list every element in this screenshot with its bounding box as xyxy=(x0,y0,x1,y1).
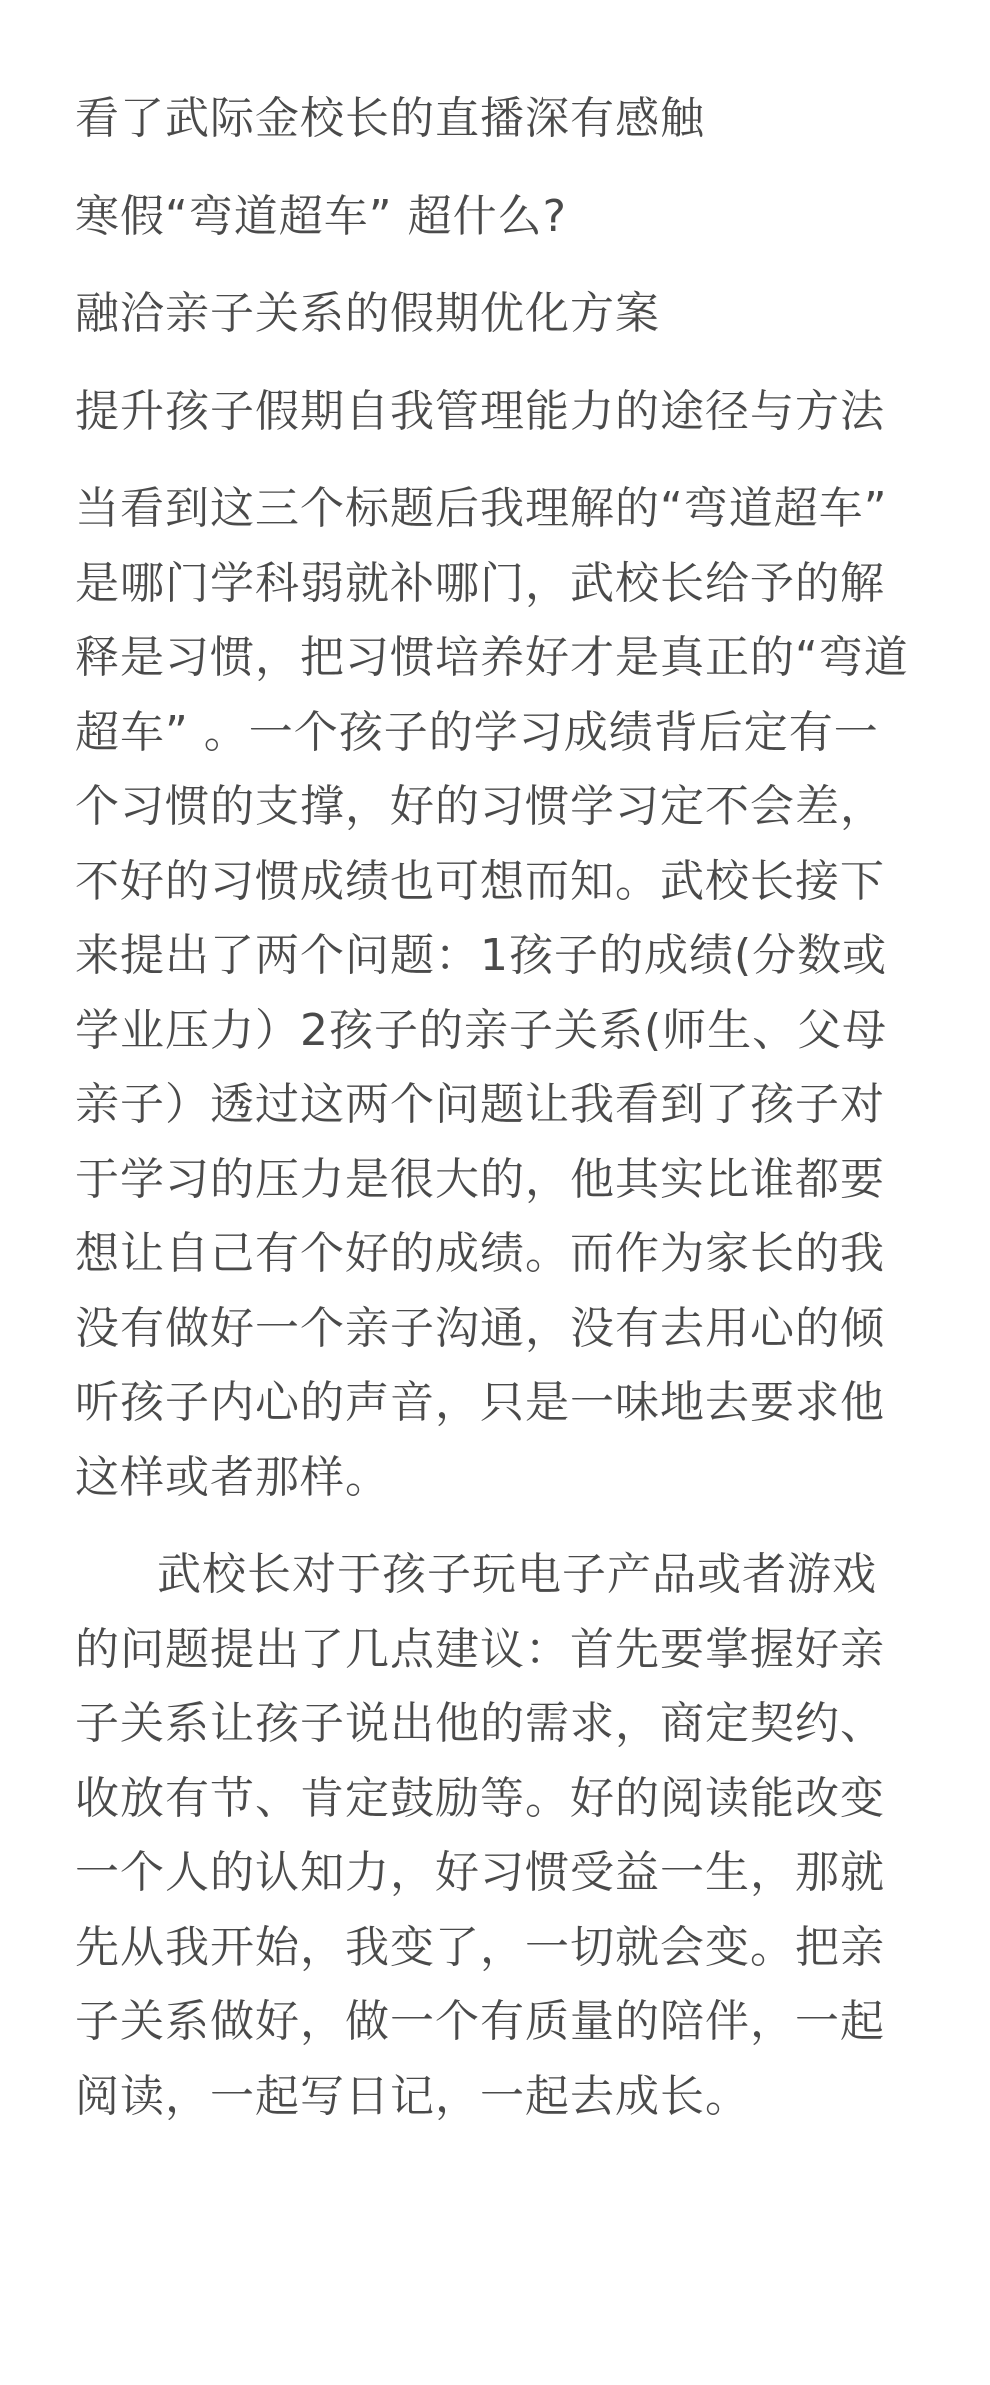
paragraph-line: 个习惯的支撑，好的习惯学习定不会差， xyxy=(75,770,895,845)
paragraph-line: 超车” 。一个孩子的学习成绩背后定有一 xyxy=(75,696,895,771)
paragraph-line: 是哪门学科弱就补哪门，武校长给予的解 xyxy=(75,547,895,622)
title-4: 提升孩子假期自我管理能力的途径与方法 xyxy=(75,375,895,450)
title-line: 看了武际金校长的直播深有感触 xyxy=(75,82,895,157)
paragraph-line: 不好的习惯成绩也可想而知。武校长接下 xyxy=(75,845,895,920)
paragraph-line: 来提出了两个问题：1孩子的成绩(分数或 xyxy=(75,919,895,994)
paragraph-line: 亲子）透过这两个问题让我看到了孩子对 xyxy=(75,1068,895,1143)
paragraph-line: 子关系做好，做一个有质量的陪伴，一起 xyxy=(75,1985,895,2060)
paragraph-line: 收放有节、肯定鼓励等。好的阅读能改变 xyxy=(75,1762,895,1837)
paragraph-line: 释是习惯，把习惯培养好才是真正的“弯道 xyxy=(75,621,895,696)
title-line: 融洽亲子关系的假期优化方案 xyxy=(75,277,895,352)
paragraph-line: 武校长对于孩子玩电子产品或者游戏 xyxy=(75,1538,895,1613)
paragraph-line: 听孩子内心的声音，只是一味地去要求他 xyxy=(75,1366,895,1441)
paragraph-line: 于学习的压力是很大的，他其实比谁都要 xyxy=(75,1143,895,1218)
paragraph-line: 这样或者那样。 xyxy=(75,1441,895,1516)
paragraph-line: 没有做好一个亲子沟通，没有去用心的倾 xyxy=(75,1292,895,1367)
paragraph-line: 先从我开始，我变了，一切就会变。把亲 xyxy=(75,1911,895,1986)
paragraph-line: 想让自己有个好的成绩。而作为家长的我 xyxy=(75,1217,895,1292)
paragraph-line: 一个人的认知力，好习惯受益一生，那就 xyxy=(75,1836,895,1911)
paragraph-line: 的问题提出了几点建议：首先要掌握好亲 xyxy=(75,1613,895,1688)
paragraph-line: 阅读，一起写日记，一起去成长。 xyxy=(75,2060,895,2135)
title-line: 寒假“弯道超车” 超什么? xyxy=(75,180,895,255)
paragraph-line: 学业压力）2孩子的亲子关系(师生、父母 xyxy=(75,994,895,1069)
paragraph-2: 武校长对于孩子玩电子产品或者游戏 的问题提出了几点建议：首先要掌握好亲 子关系让… xyxy=(75,1538,895,2134)
paragraph-1: 当看到这三个标题后我理解的“弯道超车” 是哪门学科弱就补哪门，武校长给予的解 释… xyxy=(75,472,895,1515)
title-2: 寒假“弯道超车” 超什么? xyxy=(75,180,895,255)
title-3: 融洽亲子关系的假期优化方案 xyxy=(75,277,895,352)
title-line: 提升孩子假期自我管理能力的途径与方法 xyxy=(75,375,895,450)
title-1: 看了武际金校长的直播深有感触 xyxy=(75,82,895,157)
paragraph-line: 当看到这三个标题后我理解的“弯道超车” xyxy=(75,472,895,547)
article: 看了武际金校长的直播深有感触 寒假“弯道超车” 超什么? 融洽亲子关系的假期优化… xyxy=(75,82,895,2157)
paragraph-line: 子关系让孩子说出他的需求，商定契约、 xyxy=(75,1687,895,1762)
